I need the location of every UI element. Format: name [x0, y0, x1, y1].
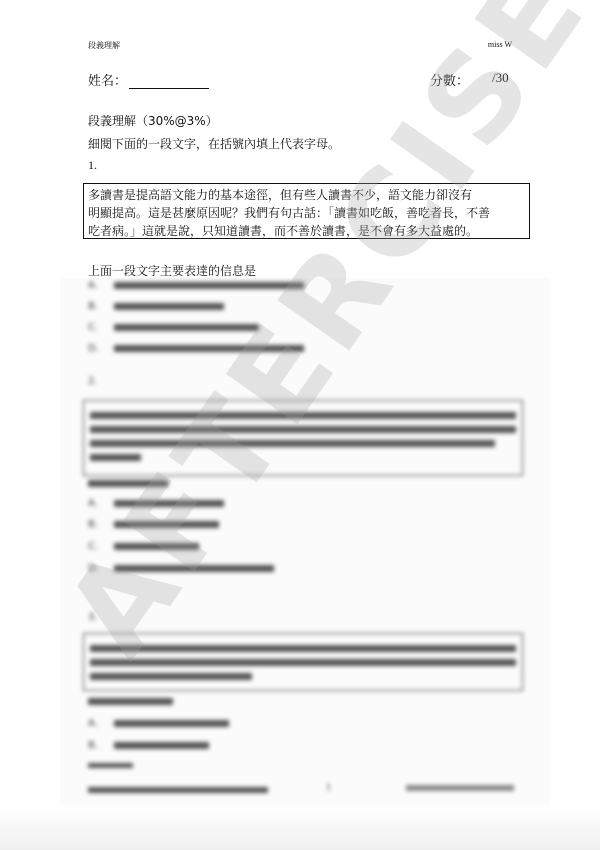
question-1-passage: 多讀書是提高語文能力的基本途徑，但有些人讀書不少，語文能力卻沒有 明顯提高。這是… [83, 183, 530, 239]
score-max: /30 [492, 70, 509, 86]
footer-label [88, 760, 133, 769]
name-label: 姓名： [88, 74, 127, 89]
option-d: D. [88, 343, 304, 354]
question-3-passage [83, 633, 523, 691]
header-author: miss W [488, 40, 512, 49]
question-number: 1. [88, 158, 97, 173]
footer-doc-title [88, 787, 268, 793]
name-blank-line[interactable] [129, 76, 209, 89]
score-label: 分數： [430, 70, 469, 89]
question-number: 3. [88, 612, 98, 623]
name-field: 姓名： [88, 70, 209, 89]
footer: 1 [88, 785, 518, 794]
option-b: B. [88, 740, 209, 751]
option-a: A. [88, 718, 229, 729]
option-a: A. [88, 498, 224, 509]
option-c: C. [88, 541, 199, 552]
question-2-prompt [88, 478, 168, 489]
passage-line: 吃者病。」這就是說，只知道讀書，而不善於讀書，是不會有多大益處的。 [88, 222, 525, 240]
option-b: B. [88, 519, 219, 530]
footer-doc-code [406, 785, 514, 791]
option-d: D. [88, 563, 274, 574]
footer-page-number: 1 [326, 783, 331, 792]
passage-line: 多讀書是提高語文能力的基本途徑，但有些人讀書不少，語文能力卻沒有 [88, 186, 525, 204]
option-a: A. [88, 280, 304, 291]
passage-line: 明顯提高。這是甚麼原因呢？我們有句古話：「讀書如吃飯，善吃者長，不善 [88, 204, 525, 222]
question-1-prompt: 上面一段文字主要表達的信息是 [88, 262, 256, 279]
option-c: C. [88, 322, 259, 333]
worksheet-page: 段義理解 miss W 姓名： 分數： /30 段義理解（30%@3%） 細閱下… [0, 0, 600, 850]
section-instruction: 細閱下面的一段文字，在括號內填上代表字母。 [88, 135, 340, 152]
header-title: 段義理解 [88, 40, 120, 51]
question-3-prompt [88, 696, 173, 707]
option-b: B. [88, 301, 224, 312]
question-2-passage [83, 400, 523, 476]
page-bottom-shadow [0, 805, 600, 850]
question-number: 2. [88, 376, 98, 387]
section-title: 段義理解（30%@3%） [88, 112, 218, 129]
